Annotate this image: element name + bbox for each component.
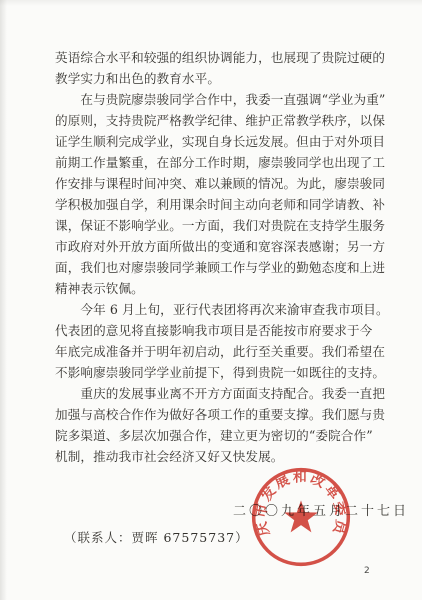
seal-graphic: 重庆市发展和改革委员会	[249, 465, 353, 569]
text-line: 重庆的发展事业离不开方方面面支持配合。我委一直把	[55, 383, 397, 404]
text-line: 课，保证不影响学业。一方面，我们对贵院在支持学生服务	[55, 215, 397, 236]
text-line: 教学实力和出色的教育水平。	[55, 68, 397, 89]
text-line: 前期工作量繁重，在部分工作时期，廖崇骏同学也出现了工	[55, 152, 397, 173]
text-line: 加强与高校合作作为做好各项工作的重要支撑。我们愿与贵	[55, 404, 397, 425]
red-star-icon	[284, 500, 318, 532]
text-line: 精神表示钦佩。	[55, 278, 397, 299]
text-line: 证学生顺利完成学业，实现自身长远发展。但由于对外项目	[55, 131, 397, 152]
official-seal: 重庆市发展和改革委员会	[249, 465, 353, 569]
text-line: 市政府对外开放方面所做出的变通和宽容深表感谢；另一方	[55, 236, 397, 257]
scan-edge-shadow-top	[0, 0, 422, 6]
text-line: 院多渠道、多层次加强合作，建立更为密切的“委院合作”	[55, 425, 397, 446]
text-line: 今年 6 月上旬，亚行代表团将再次来渝审查我市项目。	[55, 299, 397, 320]
text-line: 在与贵院廖崇骏同学合作中，我委一直强调“学业为重”	[55, 89, 397, 110]
text-line: 代表团的意见将直接影响我市项目是否能按市府要求于今	[55, 320, 397, 341]
scan-edge-shadow	[0, 0, 7, 600]
text-line: 不影响廖崇骏同学学业前提下，得到贵院一如既往的支持。	[55, 362, 397, 383]
document-body: 英语综合水平和较强的组织协调能力，也展现了贵院过硬的教学实力和出色的教育水平。 …	[55, 47, 397, 467]
text-line: 面，我们也对廖崇骏同学兼顾工作与学业的勤勉态度和上进	[55, 257, 397, 278]
text-line: 机制，推动我市社会经济又好又快发展。	[55, 446, 397, 467]
scanned-letter-page: 英语综合水平和较强的组织协调能力，也展现了贵院过硬的教学实力和出色的教育水平。 …	[0, 0, 422, 600]
seal-text: 重庆市发展和改革委员会	[249, 465, 350, 538]
text-line: 作安排与课程时间冲突、难以兼顾的情况。为此，廖崇骏同	[55, 173, 397, 194]
text-line: 的原则，支持贵院严格教学纪律、维护正常教学秩序，以保	[55, 110, 397, 131]
text-line: 英语综合水平和较强的组织协调能力，也展现了贵院过硬的	[55, 47, 397, 68]
page-number: 2	[364, 566, 370, 576]
text-line: 年底完成准备并于明年初启动，此行至关重要。我们希望在	[55, 341, 397, 362]
contact-line: （联系人：贾晖 67575737）	[64, 529, 249, 547]
text-line: 学积极加强自学，利用课余时间主动向老师和同学请教、补	[55, 194, 397, 215]
